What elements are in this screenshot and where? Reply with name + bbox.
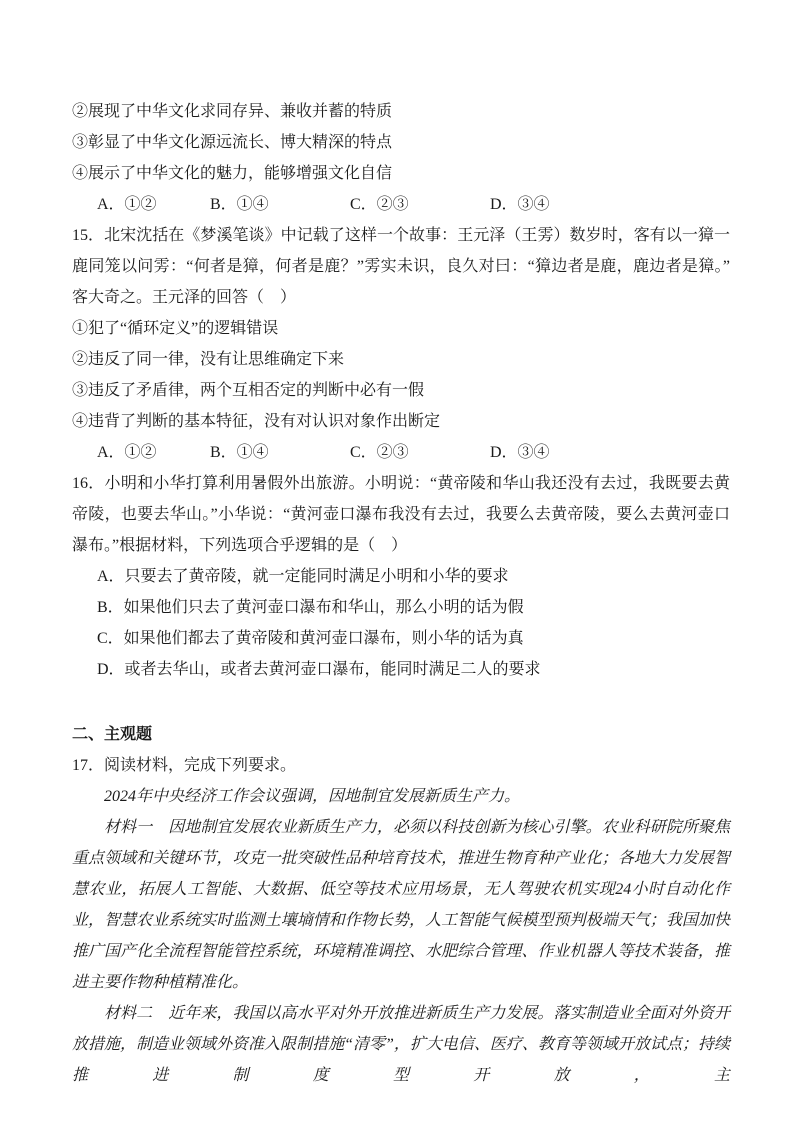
q14-options-row: A．①② B．①④ C．②③ D．③④ — [72, 189, 730, 220]
q17-intro: 17．阅读材料，完成下列要求。 — [72, 750, 730, 781]
question-17-block: 17．阅读材料，完成下列要求。 2024年中央经济工作会议强调，因地制宜发展新质… — [72, 750, 730, 1091]
q15-statement-4: ④违背了判断的基本特征，没有对认识对象作出断定 — [72, 406, 730, 437]
q15-option-d: D．③④ — [490, 437, 730, 468]
q14-statement-4: ④展示了中华文化的魅力，能够增强文化自信 — [72, 158, 730, 189]
question-14-block: ②展现了中华文化求同存异、兼收并蓄的特质 ③彰显了中华文化源远流长、博大精深的特… — [72, 96, 730, 220]
exam-page: ②展现了中华文化求同存异、兼收并蓄的特质 ③彰显了中华文化源远流长、博大精深的特… — [0, 0, 800, 1131]
q15-option-c: C．②③ — [350, 437, 490, 468]
q16-option-d: D．或者去华山，或者去黄河壶口瀑布，能同时满足二人的要求 — [72, 654, 730, 685]
q15-option-b: B．①④ — [210, 437, 350, 468]
question-15-block: 15．北宋沈括在《梦溪笔谈》中记载了这样一个故事：王元泽（王雱）数岁时，客有以一… — [72, 220, 730, 468]
q15-option-a: A．①② — [97, 437, 210, 468]
q16-option-c: C．如果他们都去了黄帝陵和黄河壶口瀑布，则小华的话为真 — [72, 623, 730, 654]
q14-option-c: C．②③ — [350, 189, 490, 220]
q17-material-2: 材料二 近年来，我国以高水平对外开放推进新质生产力发展。落实制造业全面对外资开放… — [72, 998, 730, 1091]
q15-options-row: A．①② B．①④ C．②③ D．③④ — [72, 437, 730, 468]
q14-option-d: D．③④ — [490, 189, 730, 220]
q15-stem: 15．北宋沈括在《梦溪笔谈》中记载了这样一个故事：王元泽（王雱）数岁时，客有以一… — [72, 220, 730, 313]
q16-option-a: A．只要去了黄帝陵，就一定能同时满足小明和小华的要求 — [72, 561, 730, 592]
q14-statement-3: ③彰显了中华文化源远流长、博大精深的特点 — [72, 127, 730, 158]
q14-statement-2: ②展现了中华文化求同存异、兼收并蓄的特质 — [72, 96, 730, 127]
q17-material-1: 材料一 因地制宜发展农业新质生产力，必须以科技创新为核心引擎。农业科研院所聚焦重… — [72, 812, 730, 998]
q15-statement-2: ②违反了同一律，没有让思维确定下来 — [72, 344, 730, 375]
q15-statement-3: ③违反了矛盾律，两个互相否定的判断中必有一假 — [72, 375, 730, 406]
q16-option-b: B．如果他们只去了黄河壶口瀑布和华山，那么小明的话为假 — [72, 592, 730, 623]
section-2-heading: 二、主观题 — [72, 719, 730, 750]
q14-option-b: B．①④ — [210, 189, 350, 220]
question-16-block: 16．小明和小华打算利用暑假外出旅游。小明说：“黄帝陵和华山我还没有去过，我既要… — [72, 468, 730, 685]
q14-option-a: A．①② — [97, 189, 210, 220]
q16-stem: 16．小明和小华打算利用暑假外出旅游。小明说：“黄帝陵和华山我还没有去过，我既要… — [72, 468, 730, 561]
q17-lead: 2024年中央经济工作会议强调，因地制宜发展新质生产力。 — [72, 781, 730, 812]
q15-statement-1: ①犯了“循环定义”的逻辑错误 — [72, 313, 730, 344]
